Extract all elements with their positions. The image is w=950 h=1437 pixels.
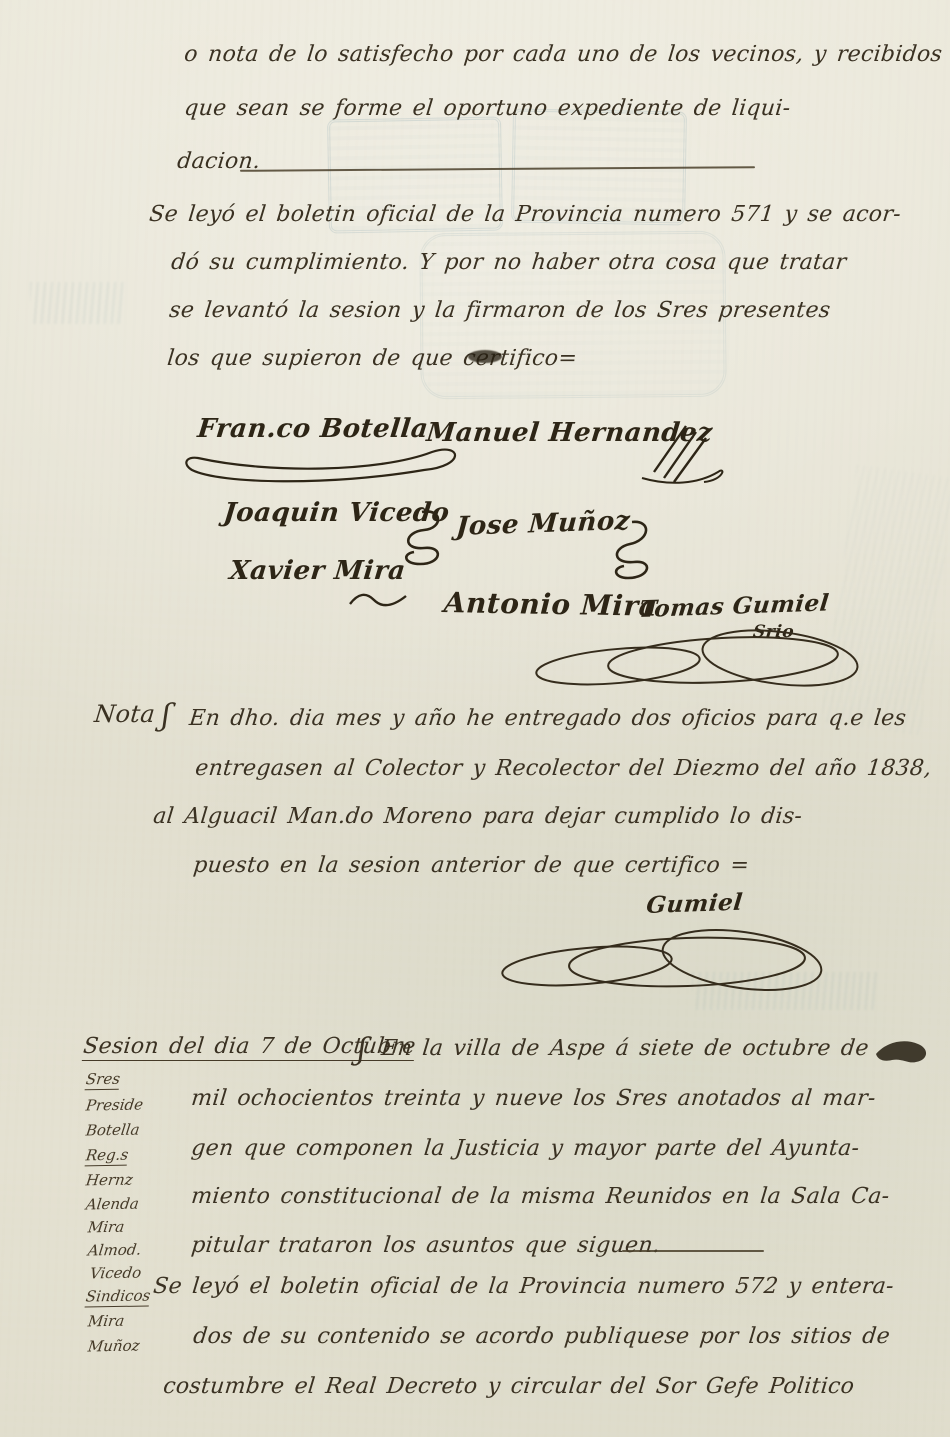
margin-name: Alenda [85, 1195, 140, 1214]
signature-gumiel-nota: Gumiel [645, 889, 744, 919]
text-line: o nota de lo satisfecho por cada uno de … [183, 42, 944, 67]
text-line: En dho. dia mes y año he entregado dos o… [188, 706, 907, 731]
signature-antonio-mira: Antonio Mira [443, 586, 658, 623]
rubric-flourish-gumiel-nota [492, 916, 832, 1008]
text-line: costumbre el Real Decreto y circular del… [162, 1374, 856, 1399]
text-line: Se leyó el boletin oficial de la Provinc… [148, 202, 902, 227]
margin-name: Almod. [87, 1241, 143, 1260]
margin-name: Mira [87, 1218, 126, 1237]
text-line: dó su cumplimiento. Y por no haber otra … [170, 250, 848, 275]
text-line: dos de su contenido se acordo publiquese… [192, 1324, 891, 1349]
bleed-mark [692, 972, 877, 1010]
rubric-flourish-xavier-mira [346, 590, 410, 616]
text-line: miento constitucional de la misma Reunid… [190, 1184, 891, 1209]
margin-name: Preside [85, 1096, 144, 1115]
ink-blot-swash [874, 1036, 934, 1068]
nota-label: Nota [93, 700, 157, 728]
rubric-flourish-gumiel [528, 618, 868, 702]
rubric-flourish-botella [180, 440, 470, 500]
bleed-mark [820, 464, 950, 735]
text-line: entregasen al Colector y Recolector del … [194, 756, 933, 781]
section-rule [622, 1250, 764, 1252]
section-rule [240, 166, 755, 172]
signature-hernandez: Manuel Hernandez [425, 418, 714, 448]
signature-vicedo: Joaquin Vicedo [222, 498, 451, 528]
signature-xavier-mira: Xavier Mira [228, 556, 407, 586]
text-line: gen que componen la Justicia y mayor par… [190, 1136, 861, 1161]
text-line: se levantó la sesion y la firmaron de lo… [168, 298, 832, 323]
signature-gumiel: Tomas Gumiel [638, 589, 830, 623]
bleed-mark [30, 282, 125, 324]
signature-gumiel-title: Srio [752, 622, 795, 642]
text-line: los que supieron de que certifico= [166, 346, 578, 371]
text-line: que sean se forme el oportuno expediente… [183, 96, 792, 121]
margin-name: Sindicos [85, 1286, 152, 1305]
margin-name: Mira [87, 1312, 126, 1331]
margin-name: Reg.s [85, 1146, 130, 1165]
text-line: al Alguacil Man.do Moreno para dejar cum… [152, 804, 804, 829]
signature-munoz: Jose Muñoz [455, 506, 631, 542]
manuscript-page: o nota de lo satisfecho por cada uno de … [0, 0, 950, 1437]
text-line: Se leyó el boletin oficial de la Provinc… [152, 1274, 895, 1299]
ink-blot [468, 350, 502, 363]
text-line: En la villa de Aspe á siete de octubre d… [380, 1036, 870, 1061]
margin-name: Sres [85, 1070, 121, 1089]
margin-name: Vicedo [89, 1264, 143, 1283]
signature-botella: Fran.co Botella [196, 414, 430, 444]
text-line: mil ochocientos treinta y nueve los Sres… [190, 1086, 877, 1111]
text-line: pitular trataron los asuntos que siguen. [190, 1233, 661, 1258]
margin-name: Hernz [85, 1171, 134, 1190]
text-line: puesto en la sesion anterior de que cert… [192, 853, 750, 878]
paragraph-divider: ʃ [160, 698, 172, 733]
margin-name: Muñoz [87, 1337, 141, 1356]
margin-name: Botella [85, 1121, 141, 1140]
